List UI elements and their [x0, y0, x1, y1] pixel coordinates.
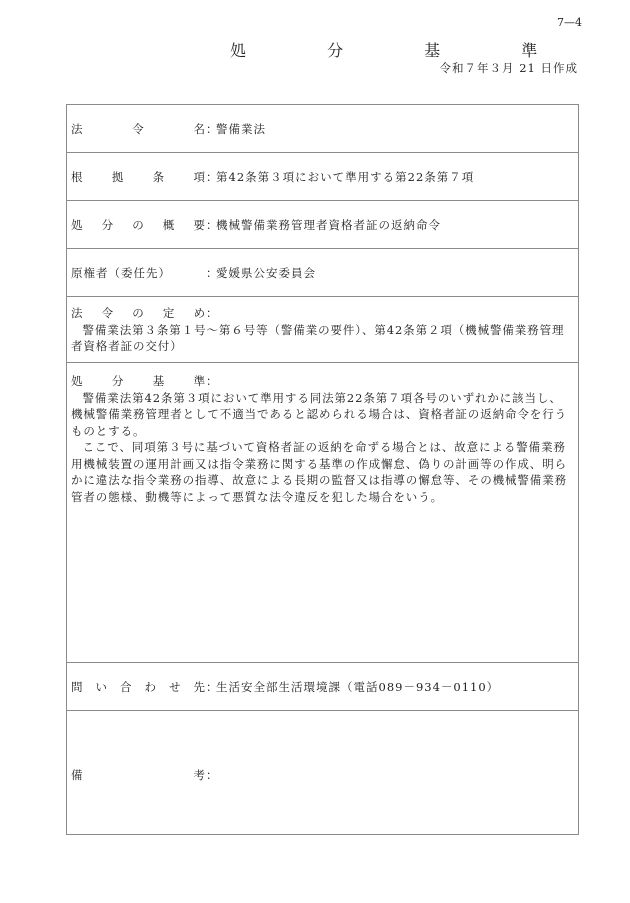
- criteria-paragraph-1: 警備業法第42条第３項において準用する同法第22条第７項各号のいずれかに該当し、…: [71, 390, 574, 440]
- disposition-criteria-table: 法 令 名 ：警備業法 根 拠 条 項 ：第42条第３項において準用する第22条…: [66, 104, 579, 835]
- law-name-label: 法 令 名: [71, 121, 206, 137]
- row-criteria: 処 分 基 準 ： 警備業法第42条第３項において準用する同法第22条第７項各号…: [67, 363, 578, 663]
- row-basis: 根 拠 条 項 ：第42条第３項において準用する第22条第７項: [67, 153, 578, 201]
- creation-date: 令和７年３月 21 日作成: [440, 60, 578, 76]
- basis-label: 根 拠 条 項: [71, 169, 206, 185]
- authority-value: 愛媛県公安委員会: [216, 266, 316, 280]
- authority-label: 原権者（委任先）: [71, 265, 206, 281]
- document-title: 処 分 基 準: [230, 38, 575, 61]
- criteria-label: 処 分 基 準: [71, 373, 206, 390]
- remarks-label: 備 考: [71, 767, 206, 783]
- page-number: 7—4: [557, 16, 582, 29]
- law-name-value: 警備業法: [216, 122, 266, 136]
- provisions-label: 法 令 の 定 め: [71, 305, 206, 322]
- basis-value: 第42条第３項において準用する第22条第７項: [216, 170, 474, 184]
- row-contact: 問 い 合 わ せ 先 ：生活安全部生活環境課（電話089－934－0110）: [67, 663, 578, 711]
- row-law-name: 法 令 名 ：警備業法: [67, 105, 578, 153]
- criteria-paragraph-2: ここで、同項第３号に基づいて資格者証の返納を命ずる場合とは、故意による警備業務用…: [71, 439, 574, 505]
- row-summary: 処 分 の 概 要 ：機械警備業務管理者資格者証の返納命令: [67, 201, 578, 249]
- contact-value: 生活安全部生活環境課（電話089－934－0110）: [216, 680, 499, 694]
- provisions-text: 警備業法第３条第１号～第６号等（警備業の要件）、第42条第２項（機械警備業務管理…: [71, 322, 574, 355]
- summary-value: 機械警備業務管理者資格者証の返納命令: [216, 218, 441, 232]
- row-authority: 原権者（委任先）：愛媛県公安委員会: [67, 249, 578, 297]
- row-provisions: 法 令 の 定 め ： 警備業法第３条第１号～第６号等（警備業の要件）、第42条…: [67, 297, 578, 363]
- contact-label: 問 い 合 わ せ 先: [71, 679, 206, 695]
- row-remarks: 備 考 ：: [67, 711, 578, 836]
- summary-label: 処 分 の 概 要: [71, 217, 206, 233]
